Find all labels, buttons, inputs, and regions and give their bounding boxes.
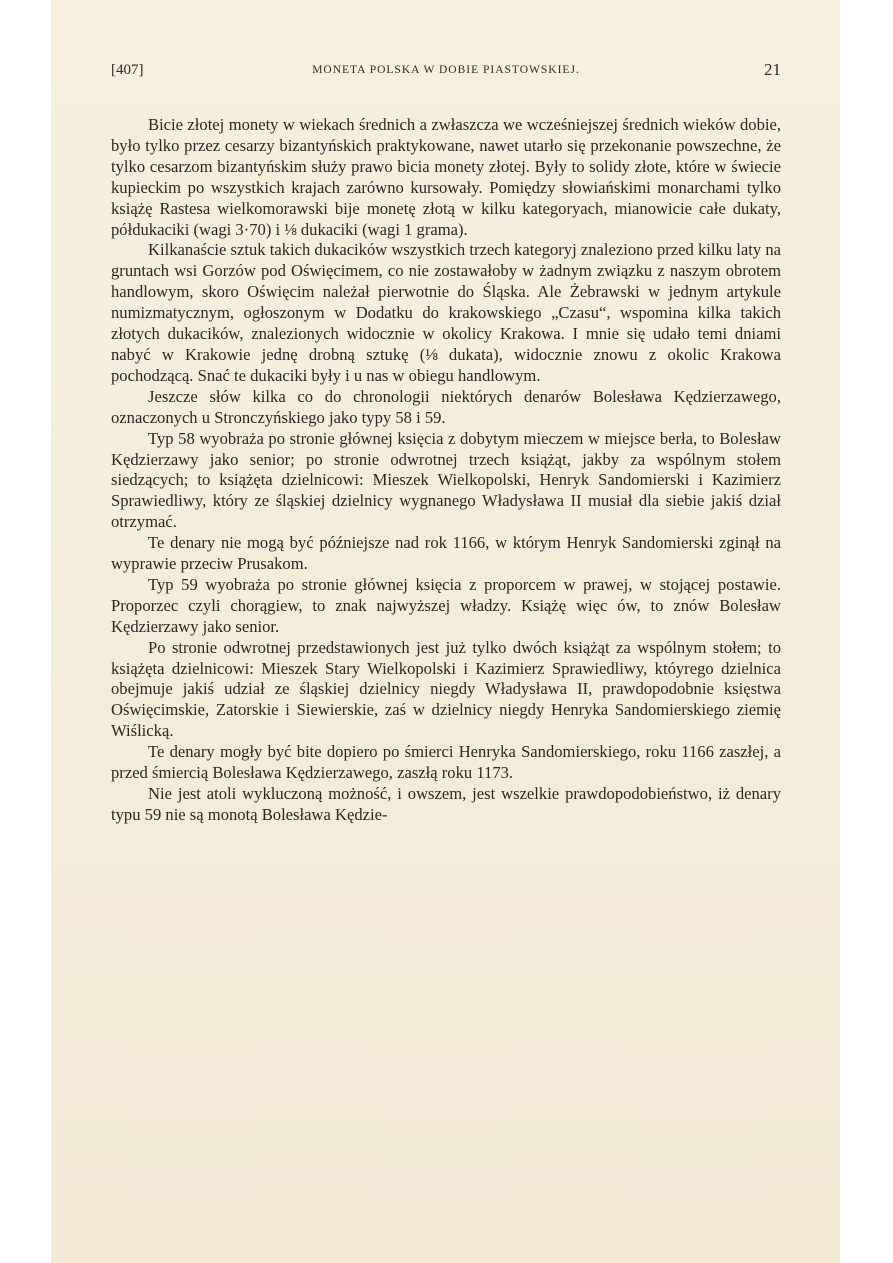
paragraph: Te denary mogły być bite dopiero po śmie…: [111, 742, 781, 784]
paragraph: Po stronie odwrotnej przedstawionych jes…: [111, 638, 781, 743]
running-title: Moneta polska w dobie piastowskiej.: [111, 64, 781, 76]
paragraph: Kilkanaście sztuk takich dukacików wszys…: [111, 240, 781, 386]
page-number: 21: [764, 60, 781, 80]
paragraph: Typ 59 wyobraża po stronie głównej księc…: [111, 575, 781, 638]
paragraph: Te denary nie mogą być późniejsze nad ro…: [111, 533, 781, 575]
paragraph: Typ 58 wyobraża po stronie głównej księc…: [111, 429, 781, 534]
page-header: [407] Moneta polska w dobie piastowskiej…: [111, 60, 781, 84]
body-text: Bicie złotej monety w wiekach średnich a…: [111, 115, 781, 826]
paragraph: Nie jest atoli wykluczoną możność, i ows…: [111, 784, 781, 826]
paragraph: Bicie złotej monety w wiekach średnich a…: [111, 115, 781, 240]
scanned-page: [407] Moneta polska w dobie piastowskiej…: [51, 0, 840, 1263]
paragraph: Jeszcze słów kilka co do chronologii nie…: [111, 387, 781, 429]
